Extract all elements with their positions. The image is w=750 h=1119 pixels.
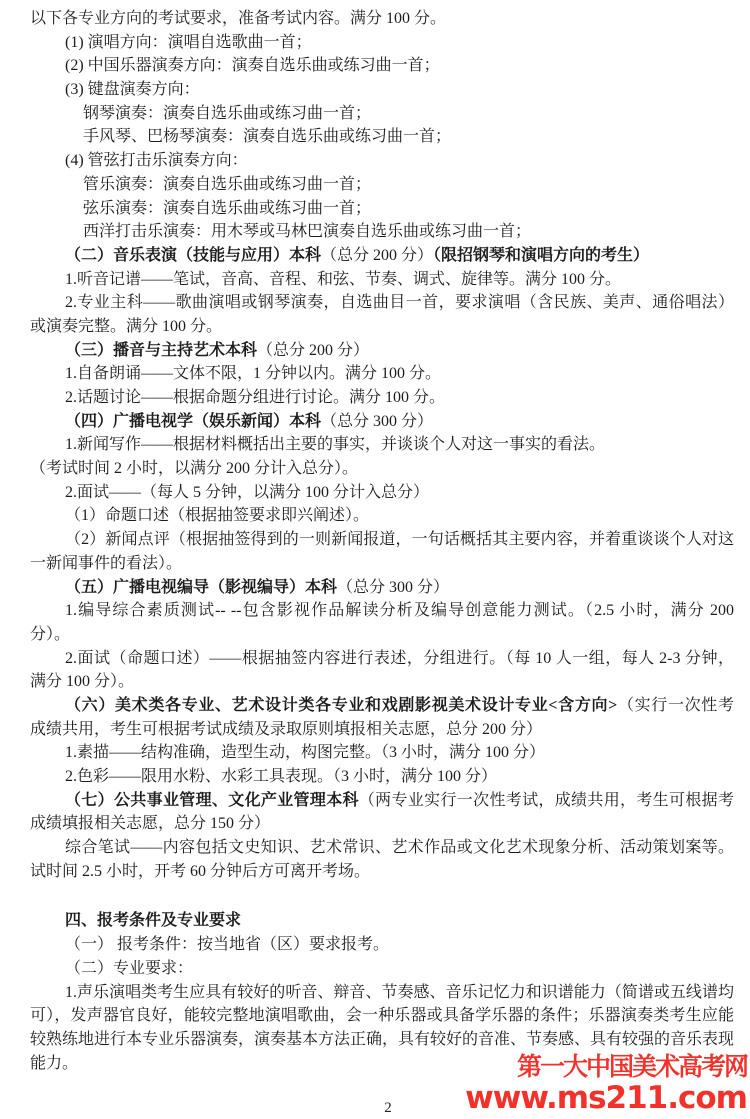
text-line: （考试时间 2 小时，以满分 200 分计入总分）。 — [30, 457, 734, 481]
text-segment: 成绩填报相关志愿，总分 150 分） — [30, 815, 270, 832]
text-segment: （2）新闻点评（根据抽签得到的一则新闻报道，一句话概括其主要内容，并着重谈谈个人… — [65, 531, 734, 548]
text-segment: 一新闻事件的看法）。 — [30, 555, 182, 572]
text-segment: (1) 演唱方向：演唱自选歌曲一首； — [65, 34, 312, 51]
text-line: (4) 管弦打击乐演奏方向： — [30, 149, 734, 173]
text-segment-bold: （三）播音与主持艺术本科 — [65, 342, 257, 359]
text-segment: 2.话题讨论——根据命题分组进行讨论。满分 100 分。 — [65, 389, 445, 406]
text-segment: 2.面试——（每人 5 分钟，以满分 100 分计入总分） — [65, 484, 429, 501]
text-segment-bold: （六）美术类各专业、艺术设计类各专业和戏剧影视美术设计专业<含方向> — [65, 697, 617, 714]
text-segment: 弦乐演奏：演奏自选乐曲或练习曲一首； — [83, 200, 371, 217]
text-line: 试时间 2.5 小时，开考 60 分钟后方可离开考场。 — [30, 860, 734, 884]
text-line: 综合笔试——内容包括文史知识、艺术常识、艺术作品或文化艺术现象分析、活动策划案等… — [30, 836, 734, 860]
text-line: （二）专业要求： — [30, 957, 734, 981]
text-line: 1.自备朗诵——文体不限，1 分钟以内。满分 100 分。 — [30, 362, 734, 386]
text-segment: 1.新闻写作——根据材料概括出主要的事实，并谈谈个人对这一事实的看法。 — [65, 436, 605, 453]
text-line: 2.面试——（每人 5 分钟，以满分 100 分计入总分） — [30, 481, 734, 505]
text-line: 1.新闻写作——根据材料概括出主要的事实，并谈谈个人对这一事实的看法。 — [30, 433, 734, 457]
text-segment-bold: （限招钢琴和演唱方向的考生） — [433, 247, 649, 264]
text-line: 1.编导综合素质测试-- --包含影视作品解读分析及编导创意能力测试。（2.5 … — [30, 599, 734, 623]
text-segment: 钢琴演奏：演奏自选乐曲或练习曲一首； — [83, 105, 371, 122]
text-segment: 1.素描——结构准确，造型生动，构图完整。（3 小时，满分 100 分） — [65, 744, 545, 761]
text-segment: 2.色彩——限用水粉、水彩工具表现。（3 小时，满分 100 分） — [65, 768, 497, 785]
text-segment: 西洋打击乐演奏：用木琴或马林巴演奏自选乐曲或练习曲一首； — [83, 223, 531, 240]
text-line: （一） 报考条件：按当地省（区）要求报考。 — [30, 933, 734, 957]
text-line: 1.声乐演唱类考生应具有较好的听音、辩音、节奏感、音乐记忆力和识谱能力（简谱或五… — [30, 981, 734, 1005]
text-line: 以下各专业方向的考试要求，准备考试内容。满分 100 分。 — [30, 7, 734, 31]
text-line: （三）播音与主持艺术本科（总分 200 分） — [30, 339, 734, 363]
text-segment: 1.自备朗诵——文体不限，1 分钟以内。满分 100 分。 — [65, 365, 441, 382]
text-segment: （总分 200 分） — [321, 247, 433, 264]
text-line: 成绩填报相关志愿，总分 150 分） — [30, 812, 734, 836]
text-line: （二）音乐表演（技能与应用）本科（总分 200 分）（限招钢琴和演唱方向的考生） — [30, 244, 734, 268]
text-segment: 2.面试（命题口述）——根据抽签内容进行表述，分组进行。（每 10 人一组，每人… — [65, 650, 734, 667]
text-line: 一新闻事件的看法）。 — [30, 552, 734, 576]
watermark-site-url: www.ms211.com — [465, 1083, 747, 1114]
text-segment: (4) 管弦打击乐演奏方向： — [65, 152, 248, 169]
text-line: （七）公共事业管理、文化产业管理本科（两专业实行一次性考试，成绩共用，考生可根据… — [30, 789, 734, 813]
watermark-site-name: 第一大中国美术高考网 — [465, 1055, 747, 1080]
text-line: 可），发声器官良好，能较完整地演唱歌曲，会一种乐器或具备学乐器的条件；乐器演奏类… — [30, 1004, 734, 1028]
text-line: 或演奏完整。满分 100 分。 — [30, 315, 734, 339]
text-segment: （总分 200 分） — [257, 342, 369, 359]
text-line: 四、报考条件及专业要求 — [30, 909, 734, 933]
text-line: 西洋打击乐演奏：用木琴或马林巴演奏自选乐曲或练习曲一首； — [30, 220, 734, 244]
text-line: 成绩共用，考生可根据考试成绩及录取原则填报相关志愿，总分 200 分） — [30, 718, 734, 742]
text-segment: （总分 300 分） — [321, 413, 433, 430]
text-line: 手风琴、巴杨琴演奏：演奏自选乐曲或练习曲一首； — [30, 125, 734, 149]
text-line: （四）广播电视学（娱乐新闻）本科（总分 300 分） — [30, 410, 734, 434]
text-segment: （1）命题口述（根据抽签要求即兴阐述）。 — [65, 507, 369, 524]
text-segment: 试时间 2.5 小时，开考 60 分钟后方可离开考场。 — [30, 863, 370, 880]
text-segment: 能力。 — [30, 1055, 78, 1072]
text-segment-bold: 四、报考条件及专业要求 — [65, 912, 241, 929]
text-segment: (3) 键盘演奏方向： — [65, 81, 200, 98]
watermark: 第一大中国美术高考网 www.ms211.com — [465, 1055, 747, 1114]
text-segment: 成绩共用，考生可根据考试成绩及录取原则填报相关志愿，总分 200 分） — [30, 721, 542, 738]
text-segment: 手风琴、巴杨琴演奏：演奏自选乐曲或练习曲一首； — [83, 128, 451, 145]
text-segment-bold: （四）广播电视学（娱乐新闻）本科 — [65, 413, 321, 430]
text-segment: （一） 报考条件：按当地省（区）要求报考。 — [65, 936, 389, 953]
text-segment: 较熟练地进行本专业乐器演奏，演奏基本方法正确，具有较好的音准、节奏感、具有较强的… — [30, 1031, 734, 1048]
text-segment: 以下各专业方向的考试要求，准备考试内容。满分 100 分。 — [30, 10, 446, 27]
text-line: 弦乐演奏：演奏自选乐曲或练习曲一首； — [30, 197, 734, 221]
text-line: (2) 中国乐器演奏方向：演奏自选乐曲或练习曲一首； — [30, 54, 734, 78]
text-line: 分）。 — [30, 623, 734, 647]
text-segment: 可），发声器官良好，能较完整地演唱歌曲，会一种乐器或具备学乐器的条件；乐器演奏类… — [30, 1007, 734, 1024]
text-line: （2）新闻点评（根据抽签得到的一则新闻报道，一句话概括其主要内容，并着重谈谈个人… — [30, 528, 734, 552]
text-line: 钢琴演奏：演奏自选乐曲或练习曲一首； — [30, 102, 734, 126]
text-segment: 分）。 — [30, 626, 70, 643]
text-line: 满分 100 分）。 — [30, 670, 734, 694]
text-segment: 满分 100 分）。 — [30, 673, 134, 690]
text-line: 较熟练地进行本专业乐器演奏，演奏基本方法正确，具有较好的音准、节奏感、具有较强的… — [30, 1028, 734, 1052]
text-line: 2.面试（命题口述）——根据抽签内容进行表述，分组进行。（每 10 人一组，每人… — [30, 647, 734, 671]
text-segment: 1.编导综合素质测试-- --包含影视作品解读分析及编导创意能力测试。（2.5 … — [65, 602, 734, 619]
text-segment: （二）专业要求： — [65, 960, 193, 977]
text-segment: 管乐演奏：演奏自选乐曲或练习曲一首； — [83, 176, 371, 193]
document-body: 以下各专业方向的考试要求，准备考试内容。满分 100 分。(1) 演唱方向：演唱… — [30, 7, 734, 1075]
text-line: （五）广播电视编导（影视编导）本科（总分 300 分） — [30, 576, 734, 600]
text-segment: 2.专业主科——歌曲演唱或钢琴演奏，自选曲目一首，要求演唱（含民族、美声、通俗唱… — [65, 294, 734, 311]
text-segment-bold: （五）广播电视编导（影视编导）本科 — [65, 579, 337, 596]
text-segment: 或演奏完整。满分 100 分。 — [30, 318, 222, 335]
text-line: 2.专业主科——歌曲演唱或钢琴演奏，自选曲目一首，要求演唱（含民族、美声、通俗唱… — [30, 291, 734, 315]
text-line: 2.话题讨论——根据命题分组进行讨论。满分 100 分。 — [30, 386, 734, 410]
text-segment: 1.听音记谱——笔试，音高、音程、和弦、节奏、调式、旋律等。满分 100 分。 — [65, 271, 621, 288]
text-line: 1.听音记谱——笔试，音高、音程、和弦、节奏、调式、旋律等。满分 100 分。 — [30, 268, 734, 292]
text-line: 管乐演奏：演奏自选乐曲或练习曲一首； — [30, 173, 734, 197]
text-segment: （总分 300 分） — [337, 579, 449, 596]
text-line: （1）命题口述（根据抽签要求即兴阐述）。 — [30, 504, 734, 528]
text-line: 2.色彩——限用水粉、水彩工具表现。（3 小时，满分 100 分） — [30, 765, 734, 789]
text-segment: （考试时间 2 小时，以满分 200 分计入总分）。 — [30, 460, 358, 477]
text-line: (3) 键盘演奏方向： — [30, 78, 734, 102]
text-segment: 综合笔试——内容包括文史知识、艺术常识、艺术作品或文化艺术现象分析、活动策划案等… — [65, 839, 734, 860]
text-segment-bold: （七）公共事业管理、文化产业管理本科 — [65, 792, 359, 809]
text-line: （六）美术类各专业、艺术设计类各专业和戏剧影视美术设计专业<含方向>（实行一次性… — [30, 694, 734, 718]
text-segment: 1.声乐演唱类考生应具有较好的听音、辩音、节奏感、音乐记忆力和识谱能力（简谱或五… — [65, 984, 734, 1001]
text-segment: (2) 中国乐器演奏方向：演奏自选乐曲或练习曲一首； — [65, 57, 440, 74]
text-segment-bold: （二）音乐表演（技能与应用）本科 — [65, 247, 321, 264]
text-line: 1.素描——结构准确，造型生动，构图完整。（3 小时，满分 100 分） — [30, 741, 734, 765]
text-line: (1) 演唱方向：演唱自选歌曲一首； — [30, 31, 734, 55]
